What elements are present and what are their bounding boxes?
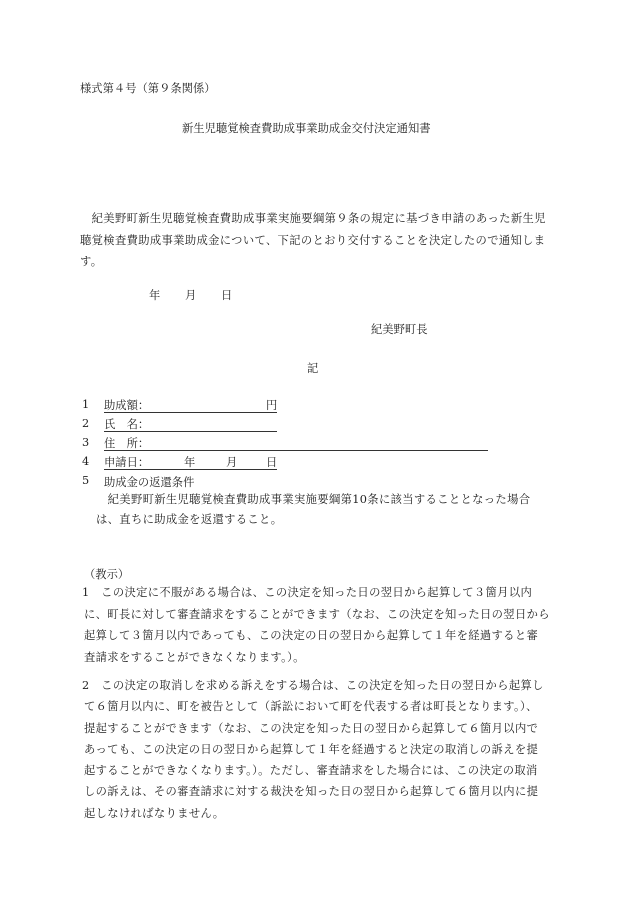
item-label: 住 所： [104,435,149,451]
form-number: 様式第４号（第９条関係） [80,80,216,96]
item-label: 氏 名： [104,416,149,432]
notice-clause-2: 2 この決定の取消しを求める訴えをする場合は、この決定を知った日の翌日から起算し… [82,675,552,824]
yen-unit: 円 [266,397,277,413]
application-year: 年 [184,454,195,470]
notice-line: 2 この決定の取消しを求める訴えをする場合は、この決定を知った日の翌日から起算し [82,675,552,696]
item-label: 申請日： [104,454,149,470]
date-year: 年 [149,287,160,303]
intro-line: 聴覚検査費助成事業助成金について、下記のとおり交付することを決定したので通知しま [80,230,550,252]
item-label: 助成額： [104,397,149,413]
notice-line: 1 この決定に不服がある場合は、この決定を知った日の翌日から起算して３箇月以内 [82,582,552,604]
issuer: 紀美野町長 [371,321,428,337]
address-field[interactable]: 住 所： [104,435,488,451]
notice-line: 起しなければなりません。 [82,803,552,824]
intro-paragraph: 紀美野町新生児聴覚検査費助成事業実施要綱第９条の規定に基づき申請のあった新生児 … [80,208,550,273]
application-date-field[interactable]: 申請日： 年 月 日 [104,454,277,470]
notice-heading: （教示） [84,566,129,582]
application-day: 日 [266,454,277,470]
notice-line: あっても、この決定の日の翌日から起算して１年を経過すると決定の取消しの訴えを提 [82,739,552,760]
notice-line: 起算して３箇月以内であっても、この決定の日の翌日から起算して１年を経過すると審 [82,625,552,647]
application-month: 月 [226,454,237,470]
item-number: 5 [82,474,89,487]
notice-line: に、町長に対して審査請求をすることができます（なお、この決定を知った日の翌日から [82,604,552,626]
notice-clause-1: 1 この決定に不服がある場合は、この決定を知った日の翌日から起算して３箇月以内 … [82,582,552,668]
date-day: 日 [221,287,232,303]
notice-line: 査請求をすることができなくなります。）。 [82,647,552,669]
document-title: 新生児聴覚検査費助成事業助成金交付決定通知書 [182,120,431,136]
return-condition-line: は、直ちに助成金を返還すること。 [96,510,556,530]
notice-line: て６箇月以内に、町を被告として（訴訟において町を代表する者は町長となります。）、 [82,696,552,717]
item-label: 助成金の返還条件 [104,474,194,490]
intro-line: 紀美野町新生児聴覚検査費助成事業実施要綱第９条の規定に基づき申請のあった新生児 [80,208,550,230]
intro-line: す。 [80,251,550,273]
item-number: 3 [82,436,89,449]
item-number: 2 [82,417,89,430]
return-condition-text: 紀美野町新生児聴覚検査費助成事業実施要綱第10条に該当することとなった場合 は、… [96,490,556,530]
amount-field[interactable]: 助成額： 円 [104,397,277,413]
name-field[interactable]: 氏 名： [104,416,277,432]
notice-line: 提起することができます（なお、この決定を知った日の翌日から起算して６箇月以内で [82,718,552,739]
item-number: 1 [82,398,89,411]
return-condition-line: 紀美野町新生児聴覚検査費助成事業実施要綱第10条に該当することとなった場合 [96,490,556,510]
ki-heading: 記 [307,360,318,376]
notice-line: しの訴えは、その審査請求に対する裁決を知った日の翌日から起算して６箇月以内に提 [82,781,552,802]
item-number: 4 [82,455,89,468]
date-month: 月 [185,287,196,303]
notice-line: 起することができなくなります。）。ただし、審査請求をした場合には、この決定の取消 [82,760,552,781]
